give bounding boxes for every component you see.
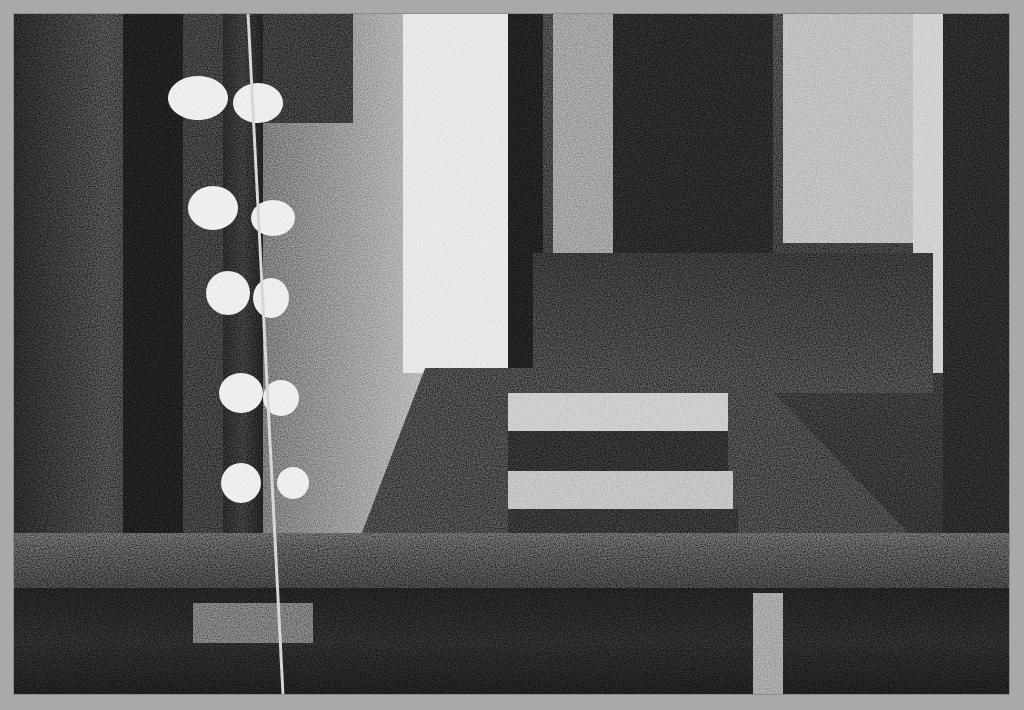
photo-image [13, 13, 1010, 695]
dither-texture [13, 13, 1010, 695]
